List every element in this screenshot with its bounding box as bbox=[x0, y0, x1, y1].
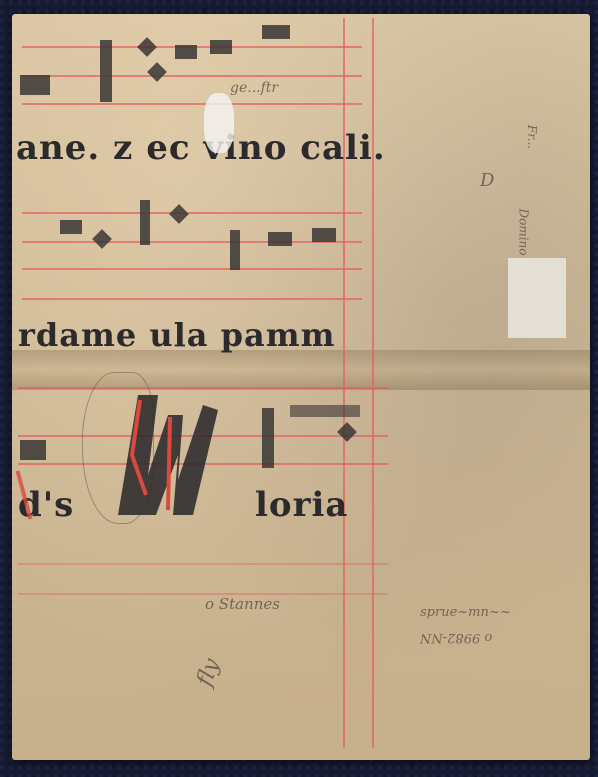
neume bbox=[175, 45, 197, 59]
marginal-note: o Stannes bbox=[205, 595, 280, 613]
marginal-note: ge...ftr bbox=[230, 80, 278, 96]
paper-patch bbox=[508, 258, 566, 338]
staff-line bbox=[18, 563, 388, 565]
text-line: ane. z ec vino cali. bbox=[16, 128, 386, 168]
staff-line bbox=[18, 593, 388, 595]
text-line: loria bbox=[255, 485, 348, 525]
marginal-note: sprue~mn~~ bbox=[420, 605, 511, 620]
neume bbox=[20, 440, 46, 460]
neume bbox=[290, 405, 360, 417]
neume bbox=[140, 200, 150, 245]
neume bbox=[20, 75, 50, 95]
wax-drip bbox=[204, 93, 234, 153]
staff-line bbox=[22, 298, 362, 300]
text-line: rdame ula pamm bbox=[18, 316, 335, 354]
staff-line bbox=[22, 212, 362, 214]
neume bbox=[312, 228, 336, 242]
neume bbox=[262, 408, 274, 468]
staff-line bbox=[22, 241, 362, 243]
neume bbox=[268, 232, 292, 246]
decorated-initial bbox=[108, 385, 228, 520]
marginal-note: Fr... bbox=[525, 125, 539, 149]
neume bbox=[262, 25, 290, 39]
neume bbox=[210, 40, 232, 54]
staff-line bbox=[22, 103, 362, 105]
neume bbox=[60, 220, 82, 234]
marginal-note: D bbox=[480, 170, 494, 191]
neume bbox=[100, 40, 112, 102]
marginal-note: Domino bbox=[517, 208, 531, 255]
marginal-note: o 9982-NN bbox=[420, 630, 492, 645]
neume bbox=[230, 230, 240, 270]
staff-line bbox=[22, 268, 362, 270]
staff-line bbox=[22, 75, 362, 77]
